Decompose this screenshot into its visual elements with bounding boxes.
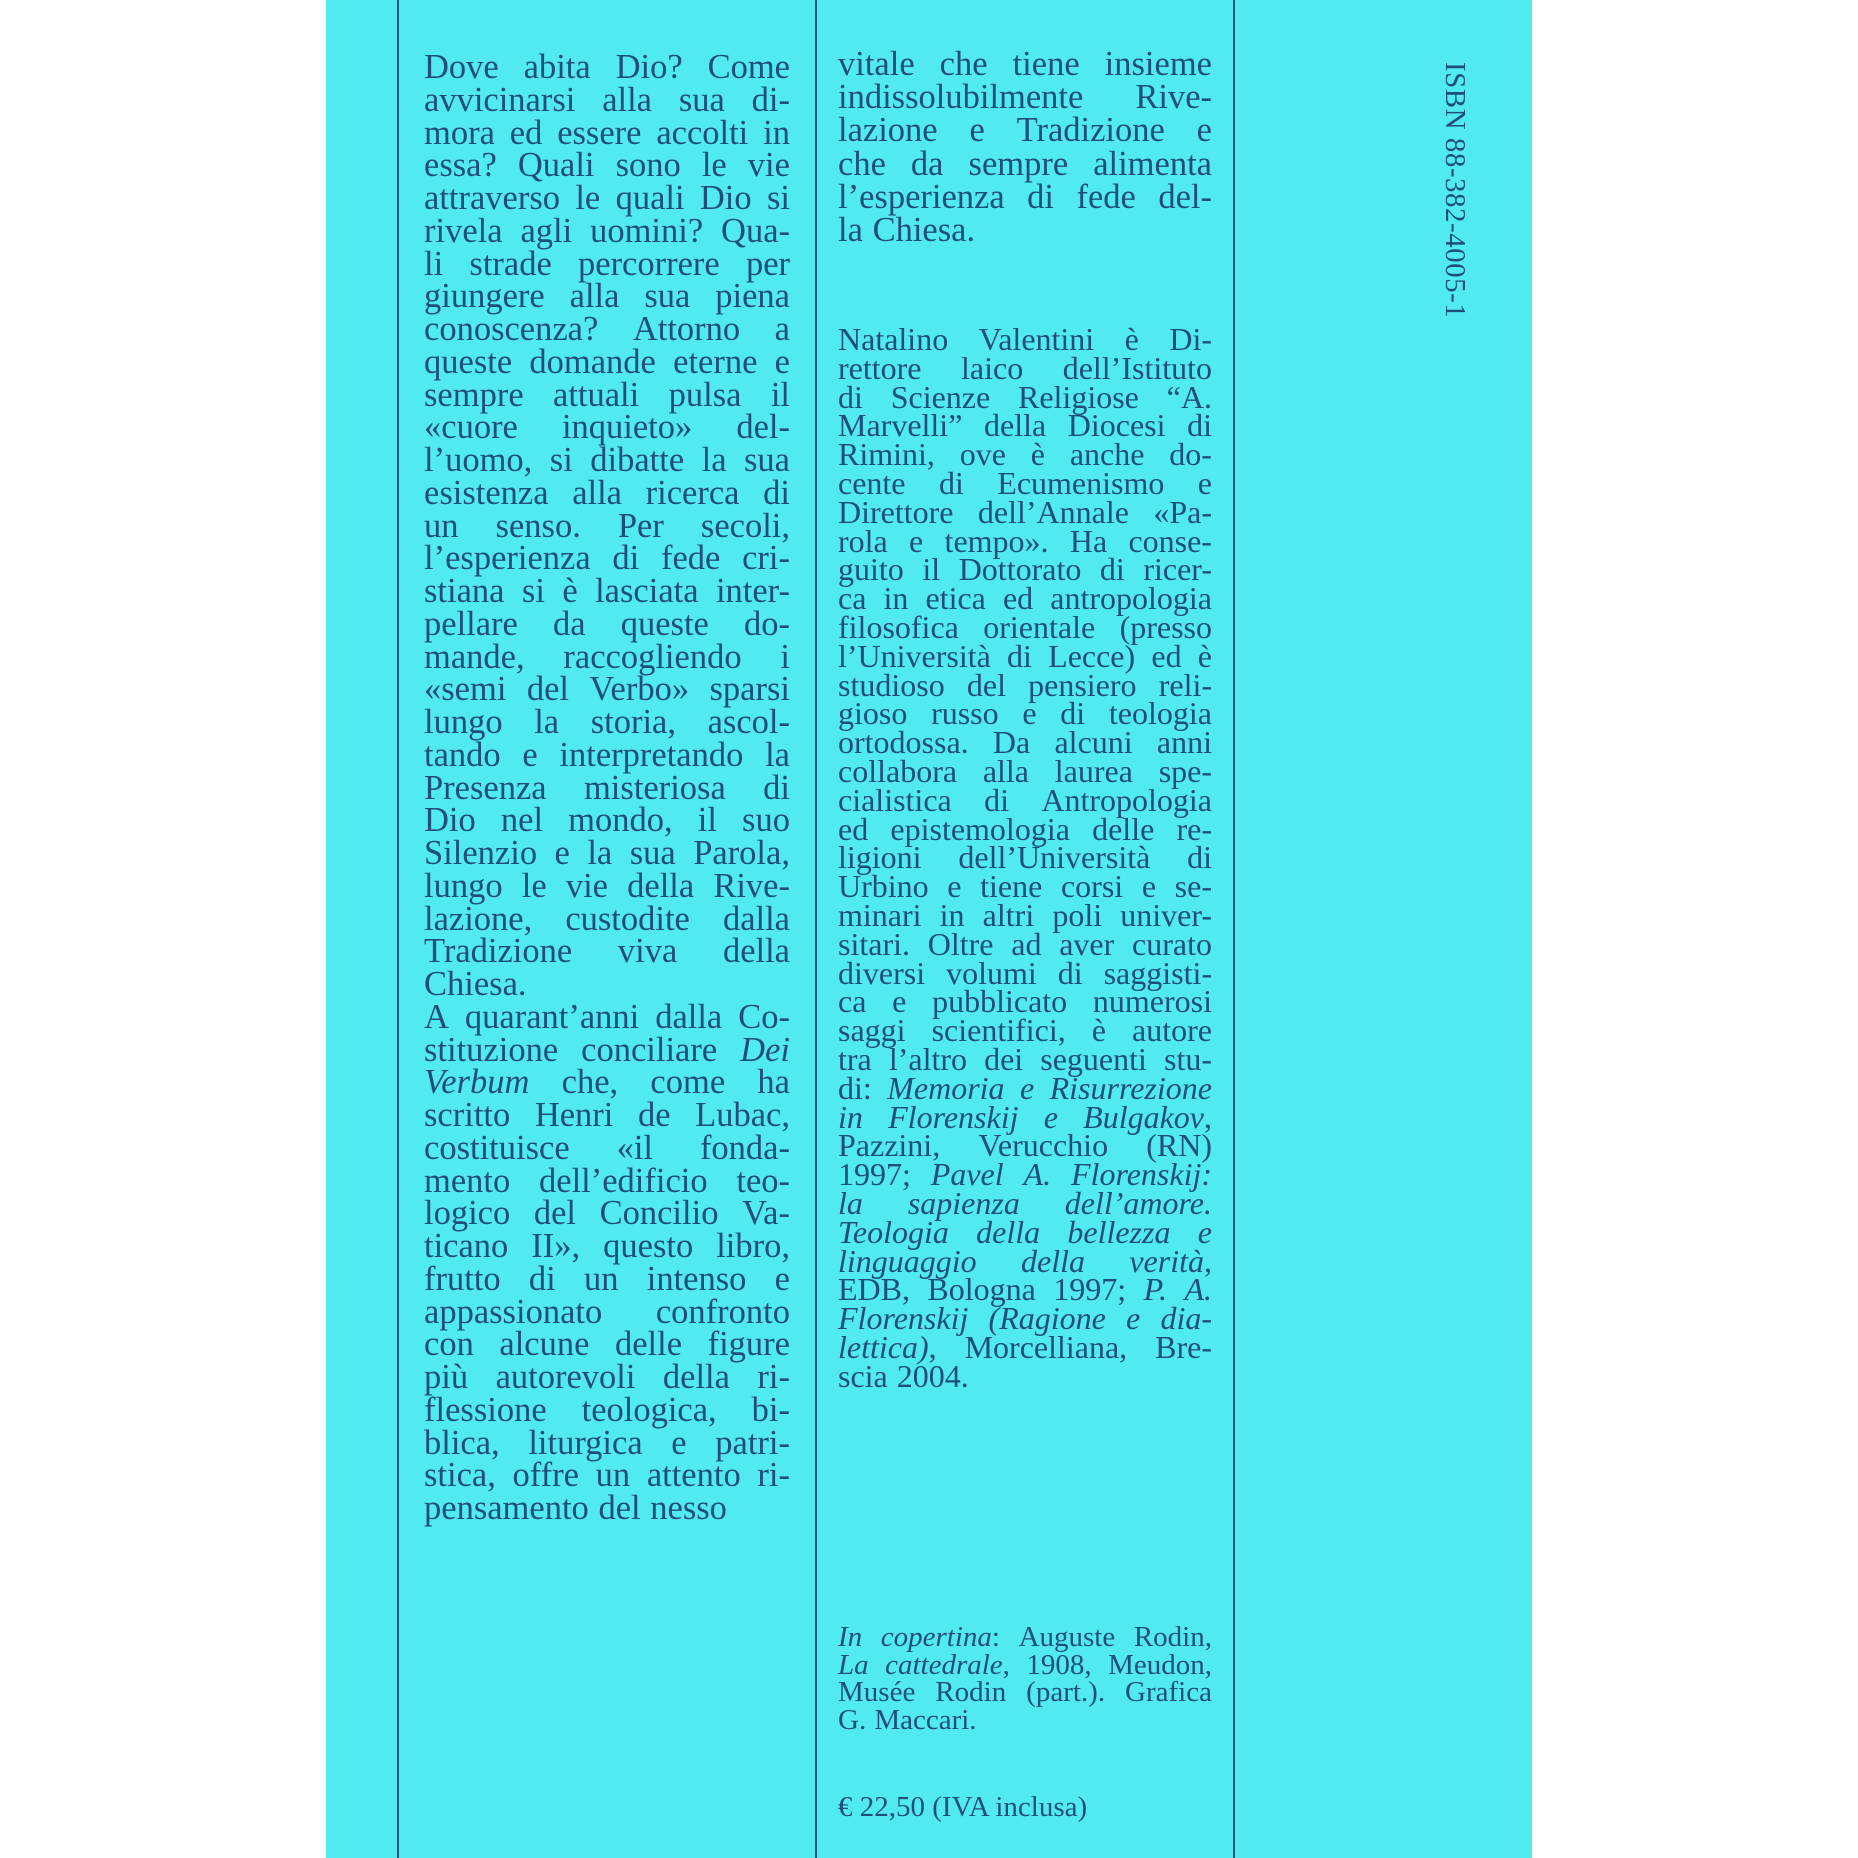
word: diversi [838, 956, 925, 985]
word: l’altro [889, 1042, 967, 1071]
word: Dove [424, 48, 499, 81]
word: da [553, 605, 586, 638]
word: inter- [716, 572, 790, 605]
word: Rive- [713, 867, 790, 900]
word: logico [424, 1194, 510, 1227]
column-rule-right [1233, 0, 1235, 1858]
text-line: SilenzioelasuaParola, [424, 834, 790, 867]
word: liturgica [528, 1424, 642, 1457]
word: Verbum [424, 1063, 529, 1096]
text-line: vitalechetieneinsieme [838, 48, 1212, 81]
word: stiana [424, 572, 504, 605]
word: è [1031, 437, 1045, 466]
text-line: stica,offreunattentori- [424, 1456, 790, 1489]
word: dell’Annale [978, 495, 1129, 524]
text-line: DoveabitaDio?Come [424, 48, 790, 81]
word: nel [501, 801, 543, 834]
word: rola [838, 524, 888, 553]
word: l’uomo, [424, 441, 532, 474]
word: se- [1175, 869, 1212, 898]
word: di [1058, 956, 1083, 985]
text-line: mande,raccogliendoi [424, 638, 790, 671]
word: saggi [838, 1013, 906, 1042]
word: del [598, 1489, 640, 1522]
word: e [1198, 466, 1212, 495]
word: copertina: [881, 1622, 1000, 1650]
word: tra [838, 1042, 872, 1071]
word: filosofica [838, 610, 959, 639]
word: di [1187, 840, 1212, 869]
word: ligioni [838, 840, 922, 869]
word: studioso [838, 668, 945, 697]
word: A [424, 998, 449, 1031]
word: Direttore [838, 495, 954, 524]
word: senso. [496, 507, 581, 540]
word: l’esperienza [424, 539, 591, 572]
word: ri- [757, 1456, 790, 1489]
word: della [1021, 1244, 1085, 1273]
word: Ecumenismo [997, 466, 1164, 495]
word: dell’edificio [539, 1162, 708, 1195]
word: mande, [424, 638, 525, 671]
text-line: Teologiadellabellezzae [838, 1215, 1212, 1244]
word: della [627, 867, 694, 900]
word: “A. [1167, 380, 1212, 409]
word: la [838, 214, 863, 247]
word: si [767, 179, 790, 212]
word: Oltre [928, 927, 994, 956]
word: i [780, 638, 790, 671]
word: Auguste [1019, 1622, 1116, 1650]
word: dia- [1160, 1301, 1212, 1330]
word: ove [960, 437, 1006, 466]
word: di [1187, 408, 1212, 437]
word: e [775, 343, 790, 376]
word: sparsi [710, 670, 791, 703]
word: e [892, 984, 906, 1013]
word: come [650, 1063, 725, 1096]
word: e [1044, 1100, 1058, 1129]
word: in [884, 581, 909, 610]
word: delle [1092, 812, 1154, 841]
word: reli- [1159, 668, 1212, 697]
word: quali [616, 179, 685, 212]
word: sempre [969, 148, 1069, 181]
word: do- [1169, 437, 1212, 466]
text-line: Lacattedrale,1908,Meudon, [838, 1650, 1212, 1678]
word: piena [715, 277, 790, 310]
word: dell’amore. [1065, 1186, 1212, 1215]
word: teologica, [582, 1391, 717, 1424]
word: anche [1070, 437, 1145, 466]
text-line: 1997;PavelA.Florenskij: [838, 1157, 1212, 1186]
word: dalla [655, 998, 722, 1031]
text-line: Urbinoetienecorsiese- [838, 869, 1212, 898]
word: mento [424, 1162, 510, 1195]
word: Bre- [1155, 1330, 1212, 1359]
word: si [550, 441, 573, 474]
word: alla [570, 277, 620, 310]
text-line: questedomandeeternee [424, 343, 790, 376]
word: cri- [742, 539, 790, 572]
word: lazione, [424, 900, 532, 933]
word: re- [1176, 812, 1212, 841]
isbn-label: ISBN 88-382-4005-1 [1441, 62, 1469, 318]
text-line: guitoilDottoratodiricer- [838, 552, 1212, 581]
word: «cuore [424, 408, 518, 441]
word: sempre [424, 376, 524, 409]
text-line: NatalinoValentinièDi- [838, 322, 1212, 351]
word: di [984, 783, 1009, 812]
word: Florenskij [838, 1301, 968, 1330]
blurb-column: DoveabitaDio?Comeavvicinarsiallasuadi-mo… [424, 48, 790, 1522]
word: (RN) [1146, 1128, 1212, 1157]
word: pulsa [669, 376, 742, 409]
column-rule-left [397, 0, 399, 1858]
word: la [587, 834, 612, 867]
word: di [612, 539, 639, 572]
word: II», [531, 1227, 580, 1260]
text-line: giosorussoediteologia [838, 696, 1212, 725]
word: scientifici, [932, 1013, 1066, 1042]
cover-credit: Incopertina:AugusteRodin,Lacattedrale,19… [838, 1622, 1212, 1732]
text-line: diversivolumidisaggisti- [838, 956, 1212, 985]
word: scia [838, 1359, 888, 1388]
word: di [838, 380, 863, 409]
word: sua [679, 81, 725, 114]
word: il [771, 376, 790, 409]
word: un [584, 1260, 619, 1293]
word: è [1092, 1013, 1106, 1042]
word: dei [984, 1042, 1023, 1071]
word: Presenza [424, 769, 547, 802]
word: li [424, 245, 443, 278]
word: 1908, [1026, 1650, 1091, 1678]
text-line: laChiesa. [838, 214, 1212, 247]
word: queste [424, 343, 512, 376]
text-line: indissolubilmenteRive- [838, 81, 1212, 114]
word: (part.). [1026, 1677, 1105, 1705]
text-line: chedasemprealimenta [838, 148, 1212, 181]
word: figure [708, 1325, 790, 1358]
text-line: tandoeinterpretandola [424, 736, 790, 769]
word: Memoria [887, 1071, 1004, 1100]
word: flessione [424, 1391, 547, 1424]
word: essere [557, 114, 641, 147]
word: fonda- [700, 1129, 790, 1162]
word: verità, [1129, 1244, 1212, 1273]
word: Parola, [693, 834, 790, 867]
word: quarant’anni [465, 998, 639, 1031]
word: queste [621, 605, 709, 638]
word: del- [736, 408, 790, 441]
word: Lubac, [695, 1096, 790, 1129]
word: de [638, 1096, 671, 1129]
word: alimenta [1093, 148, 1212, 181]
word: domande [529, 343, 655, 376]
word: scritto [424, 1096, 510, 1129]
word: A. [1184, 1272, 1212, 1301]
word: spe- [1159, 754, 1212, 783]
word: giungere [424, 277, 545, 310]
word: sapienza [908, 1186, 1020, 1215]
word: pensamento [424, 1489, 589, 1522]
word: e [1142, 869, 1156, 898]
word: Per [618, 507, 664, 540]
text-line: esistenzaallaricercadi [424, 474, 790, 507]
word: cattedrale, [885, 1650, 1010, 1678]
word: della [984, 408, 1046, 437]
word: la [702, 441, 727, 474]
word: Diocesi [1068, 408, 1166, 437]
word: Dei [740, 1031, 790, 1064]
word: Musée [838, 1677, 915, 1705]
word: abita [524, 48, 591, 81]
text-line: caineticaedantropologia [838, 581, 1212, 610]
text-line: blica,liturgicaepatri- [424, 1424, 790, 1457]
text-line: collaboraallalaureaspe- [838, 754, 1212, 783]
word: univer- [1120, 898, 1212, 927]
word: teo- [736, 1162, 790, 1195]
word: in [940, 898, 965, 927]
word: stica, [424, 1456, 496, 1489]
word: laico [961, 351, 1023, 380]
word: Tradizione [1017, 114, 1165, 147]
word: ortodossa. [838, 725, 969, 754]
word: lungo [424, 867, 503, 900]
word: «semi [424, 670, 506, 703]
word: fede [661, 539, 720, 572]
word: vitale [838, 48, 915, 81]
word: Lecce) [1048, 639, 1135, 668]
word: esistenza [424, 474, 549, 507]
text-line: l’UniversitàdiLecce)edè [838, 639, 1212, 668]
text-line: saggiscientifici,èautore [838, 1013, 1212, 1042]
word: Meudon, [1108, 1650, 1212, 1678]
word: di [1027, 181, 1054, 214]
word: Henri [535, 1096, 614, 1129]
word: attuali [553, 376, 639, 409]
text-line: stituzioneconciliareDei [424, 1031, 790, 1064]
word: lazione [838, 114, 938, 147]
word: corsi [1061, 869, 1123, 898]
word: eterne [673, 343, 757, 376]
word: e [1198, 1215, 1212, 1244]
word: 2004. [897, 1359, 969, 1388]
text-line: giungereallasuapiena [424, 277, 790, 310]
text-line: ticanoII»,questolibro, [424, 1227, 790, 1260]
word: pensiero [1028, 668, 1136, 697]
text-line: rivelaagliuomini?Qua- [424, 212, 790, 245]
text-line: linguaggiodellaverità, [838, 1244, 1212, 1273]
text-line: lazione,custoditedalla [424, 900, 790, 933]
column-rule-middle [815, 0, 817, 1858]
word: Maccari. [874, 1705, 976, 1733]
word: ed [838, 812, 868, 841]
word: saggisti- [1104, 956, 1212, 985]
word: Grafica [1125, 1677, 1212, 1705]
word: insieme [1105, 48, 1212, 81]
word: patri- [715, 1424, 790, 1457]
text-line: caepubblicatonumerosi [838, 984, 1212, 1013]
word: raccogliendo [563, 638, 741, 671]
text-line: stianasièlasciatainter- [424, 572, 790, 605]
text-line: scrittoHenrideLubac, [424, 1096, 790, 1129]
word: Verucchio [978, 1128, 1108, 1157]
word: Verbo» [589, 670, 689, 703]
word: Urbino [838, 869, 929, 898]
blurb-continuation: vitalechetieneinsiemeindissolubilmenteRi… [838, 48, 1212, 247]
word: sua [644, 277, 690, 310]
text-line: G.Maccari. [838, 1705, 1212, 1733]
word: appassionato [424, 1293, 602, 1326]
word: storia, [591, 703, 676, 736]
word: tempo». [945, 524, 1049, 553]
text-line: attraversolequaliDiosi [424, 179, 790, 212]
word: sono [616, 146, 681, 179]
word: alla [983, 754, 1029, 783]
word: di [763, 474, 790, 507]
word: ricerca [646, 474, 740, 507]
text-line: ligionidell’Universitàdi [838, 840, 1212, 869]
word: ad [1011, 927, 1041, 956]
word: nesso [650, 1489, 727, 1522]
word: e [555, 834, 570, 867]
word: più [424, 1358, 468, 1391]
word: alcuni [1054, 725, 1132, 754]
word: Da [993, 725, 1030, 754]
word: sitari. [838, 927, 910, 956]
word: tando [424, 736, 501, 769]
word: bi- [752, 1391, 790, 1424]
word: Quali [518, 146, 595, 179]
word: teologia [1109, 696, 1212, 725]
word: in [838, 1100, 863, 1129]
word: libro, [716, 1227, 790, 1260]
word: ed [1151, 639, 1181, 668]
word: poli [1052, 898, 1102, 927]
word: ticano [424, 1227, 508, 1260]
word: autore [1132, 1013, 1212, 1042]
word: di [763, 769, 790, 802]
word: Religiose [1018, 380, 1139, 409]
word: e [969, 114, 984, 147]
word: orientale [983, 610, 1095, 639]
word: uomini? [590, 212, 703, 245]
word: accolti [656, 114, 748, 147]
word: P. [1144, 1272, 1167, 1301]
word: Dio [424, 801, 476, 834]
word: il [922, 552, 940, 581]
word: Valentini [979, 322, 1095, 351]
text-line: lazioneeTradizionee [838, 114, 1212, 147]
price-label: € 22,50 (IVA inclusa) [838, 1791, 1087, 1823]
word: frutto [424, 1260, 501, 1293]
word: Qua- [721, 212, 790, 245]
word: alcune [499, 1325, 589, 1358]
text-line: l’esperienzadifededel- [838, 181, 1212, 214]
text-line: filosoficaorientale(presso [838, 610, 1212, 639]
word: avvicinarsi [424, 81, 575, 114]
text-line: EDB,Bologna1997;P.A. [838, 1272, 1212, 1301]
word: Pazzini, [838, 1128, 940, 1157]
word: Come [708, 48, 790, 81]
word: la [838, 1186, 863, 1215]
word: Scienze [891, 380, 991, 409]
text-line: lungoleviedellaRive- [424, 867, 790, 900]
word: autorevoli [496, 1358, 636, 1391]
word: Dio? [616, 48, 683, 81]
word: Antropologia [1041, 783, 1212, 812]
word: di [1100, 552, 1125, 581]
word: Morcelliana, [965, 1330, 1128, 1359]
word: un [424, 507, 459, 540]
word: vie [566, 867, 608, 900]
word: che [940, 48, 988, 81]
word: Rimini, [838, 437, 935, 466]
word: Chiesa. [873, 214, 976, 247]
word: antropologia [1050, 581, 1212, 610]
word: minari [838, 898, 922, 927]
author-bio: NatalinoValentinièDi-rettorelaicodell’Is… [838, 322, 1212, 1387]
word: stituzione [424, 1031, 558, 1064]
word: bellezza [1067, 1215, 1170, 1244]
text-line: MuséeRodin(part.).Grafica [838, 1677, 1212, 1705]
word: vie [748, 146, 790, 179]
word: delle [615, 1325, 682, 1358]
word: pubblicato [932, 984, 1067, 1013]
word: agli [520, 212, 572, 245]
word: 1997; [1053, 1272, 1126, 1301]
word: le [522, 867, 547, 900]
word: inquieto» [562, 408, 692, 441]
word: Risurrezione [1050, 1071, 1212, 1100]
word: In [838, 1622, 862, 1650]
word: questo [603, 1227, 693, 1260]
word: l’Università [838, 639, 991, 668]
word: l’esperienza [838, 181, 1005, 214]
word: cialistica [838, 783, 952, 812]
word: la [765, 736, 790, 769]
word: Rodin, [1134, 1622, 1212, 1650]
word: epistemologia [890, 812, 1070, 841]
word: dibatte [590, 441, 684, 474]
word: Di- [1169, 322, 1212, 351]
word: ed [510, 114, 543, 147]
word: mora [424, 114, 495, 147]
text-line: Aquarant’annidallaCo- [424, 998, 790, 1031]
word: di [939, 466, 964, 495]
word: custodite [565, 900, 690, 933]
word: La [838, 1650, 869, 1678]
text-line: minariinaltripoliuniver- [838, 898, 1212, 927]
word: di [1007, 639, 1032, 668]
word: sua [630, 834, 676, 867]
word: Natalino [838, 322, 948, 351]
word: Dottorato [959, 552, 1082, 581]
word: conse- [1128, 524, 1212, 553]
word: e [1020, 1071, 1034, 1100]
word: del [527, 670, 569, 703]
word: di- [752, 81, 790, 114]
text-line: di:MemoriaeRisurrezione [838, 1071, 1212, 1100]
word: Chiesa. [424, 965, 527, 998]
text-line: logicodelConcilioVa- [424, 1194, 790, 1227]
word: ca [838, 984, 866, 1013]
word: stu- [1164, 1042, 1212, 1071]
word: cente [838, 466, 906, 495]
text-line: Incopertina:AugusteRodin, [838, 1622, 1212, 1650]
